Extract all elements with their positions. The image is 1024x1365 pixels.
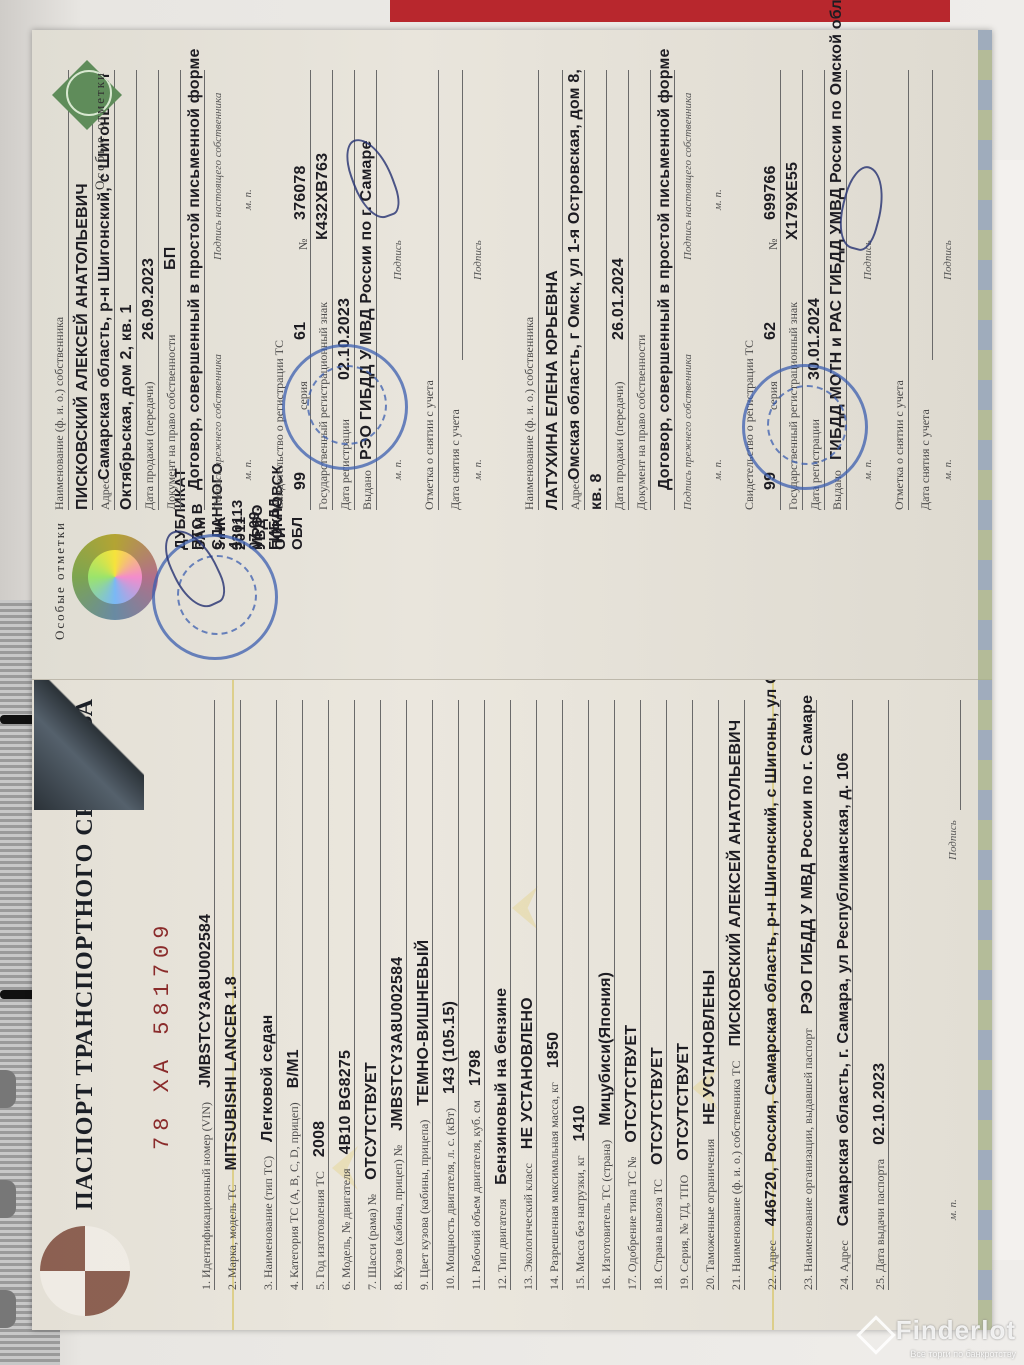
cert-series-b: 61: [292, 322, 310, 340]
field-label: 3. Наименование (тип ТС): [261, 1156, 275, 1290]
field-value: НЕ УСТАНОВЛЕНЫ: [701, 970, 718, 1125]
finderlot-logo-icon: [856, 1315, 896, 1355]
field-underline: [908, 70, 909, 510]
field-underline: [536, 700, 537, 1290]
finderlot-watermark: Finderlot Все торги по банкротству: [862, 1315, 1016, 1359]
field-value: 1850: [545, 1032, 562, 1068]
vehicle-field-row: 9. Цвет кузова (кабины, прицепа)ТЕМНО-ВИ…: [415, 700, 433, 1290]
field-underline: [302, 700, 303, 1290]
official-stamp: [282, 344, 408, 470]
cert-series-b: 62: [762, 322, 780, 340]
mp-label: м. п.: [242, 459, 254, 480]
owner-name: ЛАТУХИНА ЕЛЕНА ЮРЬЕВНА: [544, 270, 562, 510]
owner-name-label: Наименование (ф. и. о.) собственника: [522, 317, 537, 510]
field-label: 20. Таможенные ограничения: [703, 1139, 717, 1290]
field-label: 16. Изготовитель ТС (страна): [599, 1140, 613, 1290]
special-mark-line: ОЙ ОБЛ: [272, 517, 306, 550]
field-value: ОТСУТСТВУЕТ: [649, 1047, 666, 1165]
field-value: 1798: [467, 1050, 484, 1086]
security-border: [978, 680, 992, 1330]
field-label: 18. Страна вывоза ТС: [651, 1179, 665, 1290]
field-underline: [692, 700, 693, 1290]
field-underline: [718, 700, 719, 1290]
field-underline: [780, 700, 781, 1290]
vehicle-field-row: 24. АдресСамарская область, г. Самара, у…: [835, 700, 853, 1290]
field-label: 15. Масса без нагрузки, кг: [573, 1155, 587, 1290]
field-value: НЕ УСТАНОВЛЕНО: [519, 997, 536, 1149]
owner-block: Наименование (ф. и. о.) собственникаЛАТУ…: [522, 50, 982, 510]
hologram-icon: [72, 534, 158, 620]
ownership-doc-label: Документ на право собственности: [634, 335, 649, 510]
field-label: 22. Адрес: [765, 1240, 779, 1290]
ownership-doc-desc: Договор, совершенный в простой письменно…: [656, 48, 674, 490]
official-stamp: [742, 364, 868, 490]
owner-name: ПИСКОВСКИЙ АЛЕКСЕЙ АНАТОЛЬЕВИЧ: [74, 183, 92, 510]
ownership-doc: БП: [162, 247, 180, 270]
field-label: 24. Адрес: [837, 1240, 851, 1290]
field-label: 12. Тип двигателя: [495, 1199, 509, 1290]
field-underline: [114, 70, 115, 510]
cur-owner-sig-label: Подпись настоящего собственника: [212, 93, 224, 260]
vehicle-field-row: 16. Изготовитель ТС (страна)Мицубиси(Япо…: [597, 700, 615, 1290]
ownership-doc-label: Документ на право собственности: [164, 335, 179, 510]
vehicle-field-row: 11. Рабочий объем двигателя, куб. см1798: [467, 700, 485, 1290]
field-underline: [628, 70, 629, 510]
special-marks-label: Особые отметки: [52, 521, 68, 640]
field-underline: [640, 700, 641, 1290]
plate-number: К432ХВ763: [314, 153, 332, 240]
cur-owner-sig-label: Подпись настоящего собственника: [682, 93, 694, 260]
vehicle-field-row: 22. Адрес446720, Россия, Самарская облас…: [763, 700, 781, 1290]
field-label: 13. Экологический класс: [521, 1163, 535, 1290]
field-label: 19. Серия, № ТД, ТПО: [677, 1175, 691, 1290]
dereg-date-label: Дата снятия с учета: [918, 409, 933, 510]
vehicle-field-row: 7. Шасси (рама) №ОТСУТСТВУЕТ: [363, 700, 381, 1290]
field-underline: [240, 700, 241, 1290]
car-logo-icon: [40, 1226, 130, 1316]
field-value: MITSUBISHI LANCER 1.8: [223, 976, 240, 1170]
field-underline: [328, 700, 329, 1290]
field-label: 2. Марка, модель ТС: [225, 1185, 239, 1290]
vehicle-field-row: 21. Наименование (ф. и. о.) собственника…: [727, 700, 745, 1290]
mp-label: м. п.: [242, 189, 254, 210]
signature-label: Подпись: [472, 240, 484, 280]
field-underline: [674, 70, 675, 510]
field-value: 4B10 BG8275: [337, 1050, 354, 1155]
owner-block: Наименование (ф. и. о.) собственникаПИСК…: [52, 50, 512, 510]
vehicle-field-row: 14. Разрешенная максимальная масса, кг18…: [545, 700, 563, 1290]
vehicle-field-row: 8. Кузов (кабина, прицеп) №JMBSTCY3A8U00…: [389, 700, 407, 1290]
field-underline: [136, 70, 137, 510]
owner-address-cont: кв. 8: [588, 473, 606, 510]
field-value: ТЕМНО-ВИШНЕВЫЙ: [415, 940, 432, 1106]
field-underline: [180, 70, 181, 510]
mp-label: м. п.: [392, 459, 404, 480]
field-underline: [68, 70, 69, 510]
field-underline: [354, 700, 355, 1290]
field-underline: [462, 70, 463, 360]
watermark-name: Finderlot: [896, 1315, 1016, 1345]
field-underline: [614, 700, 615, 1290]
field-underline: [744, 700, 745, 1290]
dereg-mark-label: Отметка о снятии с учета: [892, 380, 907, 510]
field-underline: [276, 700, 277, 1290]
dereg-mark-label: Отметка о снятии с учета: [422, 380, 437, 510]
field-label: 17. Одобрение типа ТС №: [625, 1157, 639, 1290]
field-underline: [538, 70, 539, 510]
vehicle-field-row: 15. Масса без нагрузки, кг1410: [571, 700, 589, 1290]
field-value: РЭО ГИБДД У МВД России по г. Самаре: [799, 695, 816, 1015]
field-label: 4. Категория ТС (А, В, С, D, прицеп): [287, 1102, 301, 1290]
field-underline: [214, 700, 215, 1290]
field-label: 1. Идентификационный номер (VIN): [199, 1102, 213, 1290]
vehicle-field-row: 10. Мощность двигателя, л. с. (кВт)143 (…: [441, 700, 459, 1290]
field-value: ОТСУТСТВУЕТ: [363, 1062, 380, 1180]
field-label: 10. Мощность двигателя, л. с. (кВт): [443, 1108, 457, 1290]
field-label: 7. Шасси (рама) №: [365, 1194, 379, 1290]
field-underline: [438, 70, 439, 510]
field-label: 21. Наименование (ф. и. о.) собственника…: [729, 1061, 743, 1290]
field-label: 6. Модель, № двигателя: [339, 1168, 353, 1290]
prev-owner-sig-label: Подпись прежнего собственника: [212, 354, 224, 510]
vehicle-field-row: 1. Идентификационный номер (VIN)JMBSTCY3…: [197, 700, 215, 1290]
field-underline: [458, 700, 459, 1290]
field-value: ОТСУТСТВУЕТ: [623, 1025, 640, 1143]
field-underline: [584, 70, 585, 510]
field-value: JMBSTCY3A8U002584: [389, 957, 406, 1131]
owner-address-cont: Октябрьская, дом 2, кв. 1: [118, 304, 136, 510]
serial-number: 78 ХА 581709: [150, 920, 175, 1150]
field-underline: [666, 700, 667, 1290]
owner-address-label: Адрес: [98, 478, 113, 510]
field-underline: [158, 70, 159, 510]
mp-label: м. п.: [947, 1199, 959, 1220]
signature-label: Подпись: [392, 240, 404, 280]
issued-by-label: Выдано: [360, 470, 375, 510]
field-label: 14. Разрешенная максимальная масса, кг: [547, 1082, 561, 1290]
decorative-band: [34, 680, 144, 810]
signature: [339, 132, 405, 225]
field-value: 1410: [571, 1105, 588, 1141]
sale-date-label: Дата продажи (передачи): [612, 382, 627, 510]
vehicle-field-row: 20. Таможенные ограниченияНЕ УСТАНОВЛЕНЫ: [701, 700, 719, 1290]
field-value: Мицубиси(Япония): [597, 972, 614, 1126]
cert-no: 699766: [762, 165, 780, 220]
field-label: 5. Год изготовления ТС: [313, 1171, 327, 1290]
vehicle-field-row: 13. Экологический классНЕ УСТАНОВЛЕНО: [519, 700, 537, 1290]
field-underline: [380, 700, 381, 1290]
field-underline: [406, 700, 407, 1290]
mp-label: м. п.: [862, 459, 874, 480]
field-value: Бензиновый на бензине: [493, 988, 510, 1185]
field-underline: [932, 70, 933, 360]
vehicle-field-row: 6. Модель, № двигателя4B10 BG8275: [337, 700, 355, 1290]
owner-address: Омская область, г Омск, ул 1-я Островска…: [566, 69, 584, 480]
vehicle-field-row: 2. Марка, модель ТСMITSUBISHI LANCER 1.8: [223, 700, 241, 1290]
stamp-ring: [307, 365, 388, 446]
vehicle-passport: ПАСПОРТ ТРАНСПОРТНОГО СРЕДСТВА 78 ХА 581…: [32, 30, 992, 1330]
field-value: 143 (105.15): [441, 1001, 458, 1094]
owner-address-label: Адрес: [568, 478, 583, 510]
sale-date: 26.01.2024: [610, 258, 628, 340]
signature-label: Подпись: [942, 240, 954, 280]
field-label: 11. Рабочий объем двигателя, куб. см: [469, 1100, 483, 1290]
field-value: JMBSTCY3A8U002584: [197, 914, 214, 1088]
field-underline: [562, 70, 563, 510]
mp-label: м. п.: [942, 459, 954, 480]
signature-label: Подпись: [947, 820, 959, 860]
field-value: ПИСКОВСКИЙ АЛЕКСЕЙ АНАТОЛЬЕВИЧ: [727, 720, 744, 1047]
field-value: Легковой седан: [259, 1014, 276, 1141]
dereg-date-label: Дата снятия с учета: [448, 409, 463, 510]
field-underline: [816, 700, 817, 1290]
vehicle-field-row: 3. Наименование (тип ТС)Легковой седан: [259, 700, 277, 1290]
cert-no: 376078: [292, 165, 310, 220]
vehicle-field-row: 25. Дата выдачи паспорта02.10.2023: [871, 700, 889, 1290]
vehicle-field-row: 12. Тип двигателяБензиновый на бензине: [493, 700, 511, 1290]
cert-no-label: №: [296, 239, 311, 250]
field-underline: [432, 700, 433, 1290]
red-object: [390, 0, 950, 22]
field-underline: [484, 700, 485, 1290]
field-value: ОТСУТСТВУЕТ: [675, 1043, 692, 1161]
plate-number: Х179ХЕ55: [784, 162, 802, 240]
vehicle-field-row: 5. Год изготовления ТС2008: [311, 700, 329, 1290]
ownership-doc-desc: Договор, совершенный в простой письменно…: [186, 48, 204, 490]
field-underline: [588, 700, 589, 1290]
vehicle-data-page: ПАСПОРТ ТРАНСПОРТНОГО СРЕДСТВА 78 ХА 581…: [32, 680, 992, 1330]
vehicle-field-row: 4. Категория ТС (А, В, С, D, прицеп)В/М1: [285, 700, 303, 1290]
owner-name-label: Наименование (ф. и. о.) собственника: [52, 317, 67, 510]
vehicle-field-row: 17. Одобрение типа ТС №ОТСУТСТВУЕТ: [623, 700, 641, 1290]
field-underline: [562, 700, 563, 1290]
field-underline: [888, 700, 889, 1290]
special-marks-label: Особые отметки: [92, 71, 108, 190]
field-underline: [204, 70, 205, 510]
field-underline: [510, 700, 511, 1290]
field-underline: [606, 70, 607, 510]
cert-no-label: №: [766, 239, 781, 250]
stamp-ring: [767, 385, 848, 466]
sale-date-label: Дата продажи (передачи): [142, 382, 157, 510]
field-value: Самарская область, г. Самара, ул Республ…: [835, 753, 852, 1227]
punch-hole: [0, 1290, 16, 1328]
vehicle-field-row: 23. Наименование организации, выдавшей п…: [799, 700, 817, 1290]
field-value: В/М1: [285, 1049, 302, 1088]
field-label: 9. Цвет кузова (кабины, прицепа): [417, 1120, 431, 1290]
field-value: 2008: [311, 1121, 328, 1157]
sale-date: 26.09.2023: [140, 258, 158, 340]
vehicle-field-row: 18. Страна вывоза ТСОТСУТСТВУЕТ: [649, 700, 667, 1290]
field-label: 8. Кузов (кабина, прицеп) №: [391, 1145, 405, 1290]
field-underline: [852, 700, 853, 1290]
mp-label: м. п.: [712, 189, 724, 210]
punch-hole: [0, 1070, 16, 1108]
mp-label: м. п.: [472, 459, 484, 480]
watermark-tagline: Все торги по банкротству: [862, 1349, 1016, 1359]
mp-label: м. п.: [712, 459, 724, 480]
field-label: 25. Дата выдачи паспорта: [873, 1159, 887, 1290]
cert-series-a: 99: [292, 472, 310, 490]
punch-hole: [0, 1180, 16, 1218]
field-label: 23. Наименование организации, выдавшей п…: [801, 1028, 815, 1290]
field-underline: [650, 70, 651, 510]
prev-owner-sig-label: Подпись прежнего собственника: [682, 354, 694, 510]
field-value: 02.10.2023: [871, 1063, 888, 1145]
vehicle-field-row: 19. Серия, № ТД, ТПООТСУТСТВУЕТ: [675, 700, 693, 1290]
security-border: [978, 30, 992, 680]
